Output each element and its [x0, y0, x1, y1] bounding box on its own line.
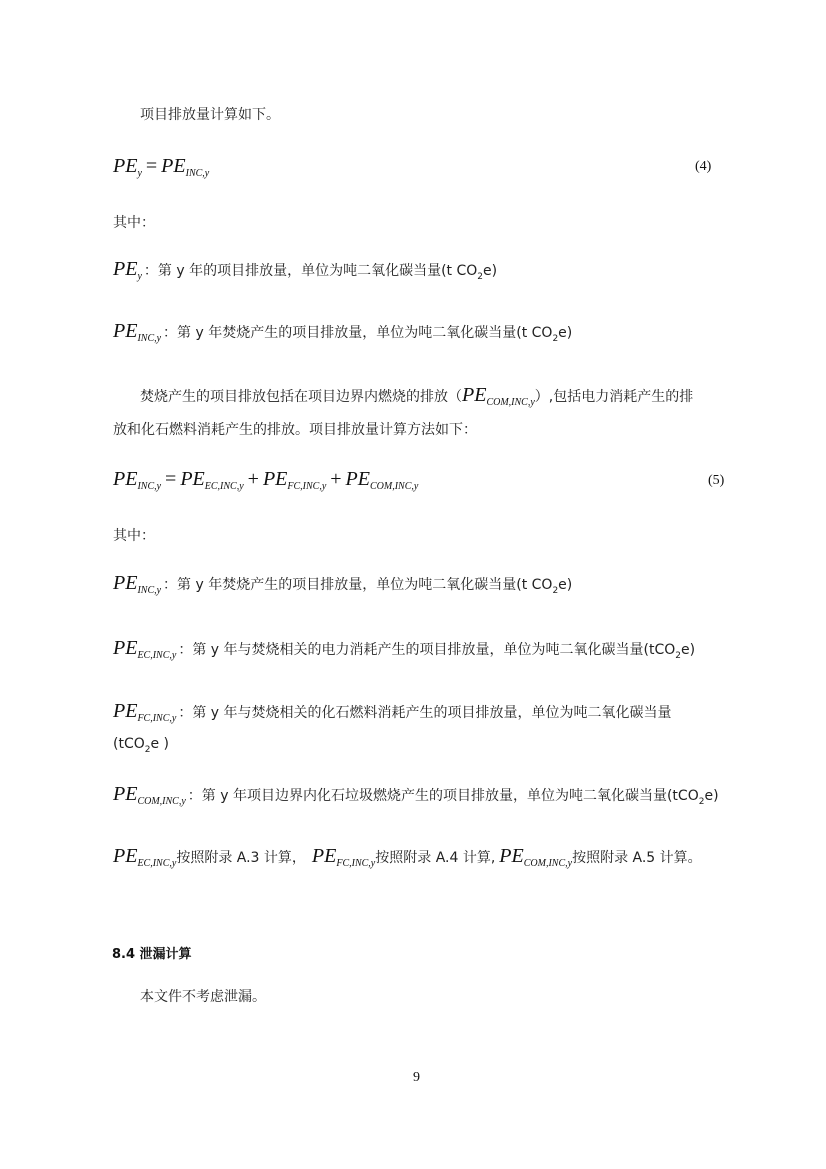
equation-4-number: (4) — [695, 159, 711, 175]
definition-pe-fc-inc-y: PEFC,INC,y ：第 y 年与焚烧相关的化石燃料消耗产生的项目排放量，单位… — [113, 700, 672, 724]
paragraph-line-2: 放和化石燃料消耗产生的排放。项目排放量计算方法如下： — [113, 419, 477, 439]
section-heading: 8.4 泄漏计算 — [112, 943, 192, 962]
definition-pe-inc-y: PEINC,y ：第 y 年焚烧产生的项目排放量，单位为吨二氧化碳当量(t CO… — [113, 320, 572, 344]
where-label: 其中： — [113, 212, 155, 232]
intro-text: 项目排放量计算如下。 — [140, 104, 280, 124]
page-number: 9 — [413, 1070, 420, 1086]
definition-pe-y: PEy ：第 y 年的项目排放量，单位为吨二氧化碳当量(t CO2e) — [113, 258, 497, 282]
section-body: 本文件不考虑泄漏。 — [140, 986, 266, 1006]
definition-pe-ec-inc-y: PEEC,INC,y ：第 y 年与焚烧相关的电力消耗产生的项目排放量，单位为吨… — [113, 637, 695, 661]
equation-4: PEy=PEINC,y — [113, 155, 209, 179]
definition-pe-com-inc-y: PECOM,INC,y ：第 y 年项目边界内化石垃圾燃烧产生的项目排放量，单位… — [113, 783, 719, 807]
where-label-2: 其中： — [113, 525, 155, 545]
definition-pe-fc-inc-y-unit: (tCO2e ) — [113, 736, 169, 755]
equation-5-number: (5) — [708, 473, 724, 489]
paragraph-line-1: 焚烧产生的项目排放包括在项目边界内燃烧的排放（ PECOM,INC,y ）,包括… — [140, 384, 693, 408]
definition-pe-inc-y-2: PEINC,y ：第 y 年焚烧产生的项目排放量，单位为吨二氧化碳当量(t CO… — [113, 572, 572, 596]
appendix-references: PEEC,INC,y 按照附录 A.3 计算， PEFC,INC,y 按照附录 … — [113, 845, 702, 869]
equation-5: PEINC,y=PEEC,INC,y+PEFC,INC,y+PECOM,INC,… — [113, 468, 418, 492]
